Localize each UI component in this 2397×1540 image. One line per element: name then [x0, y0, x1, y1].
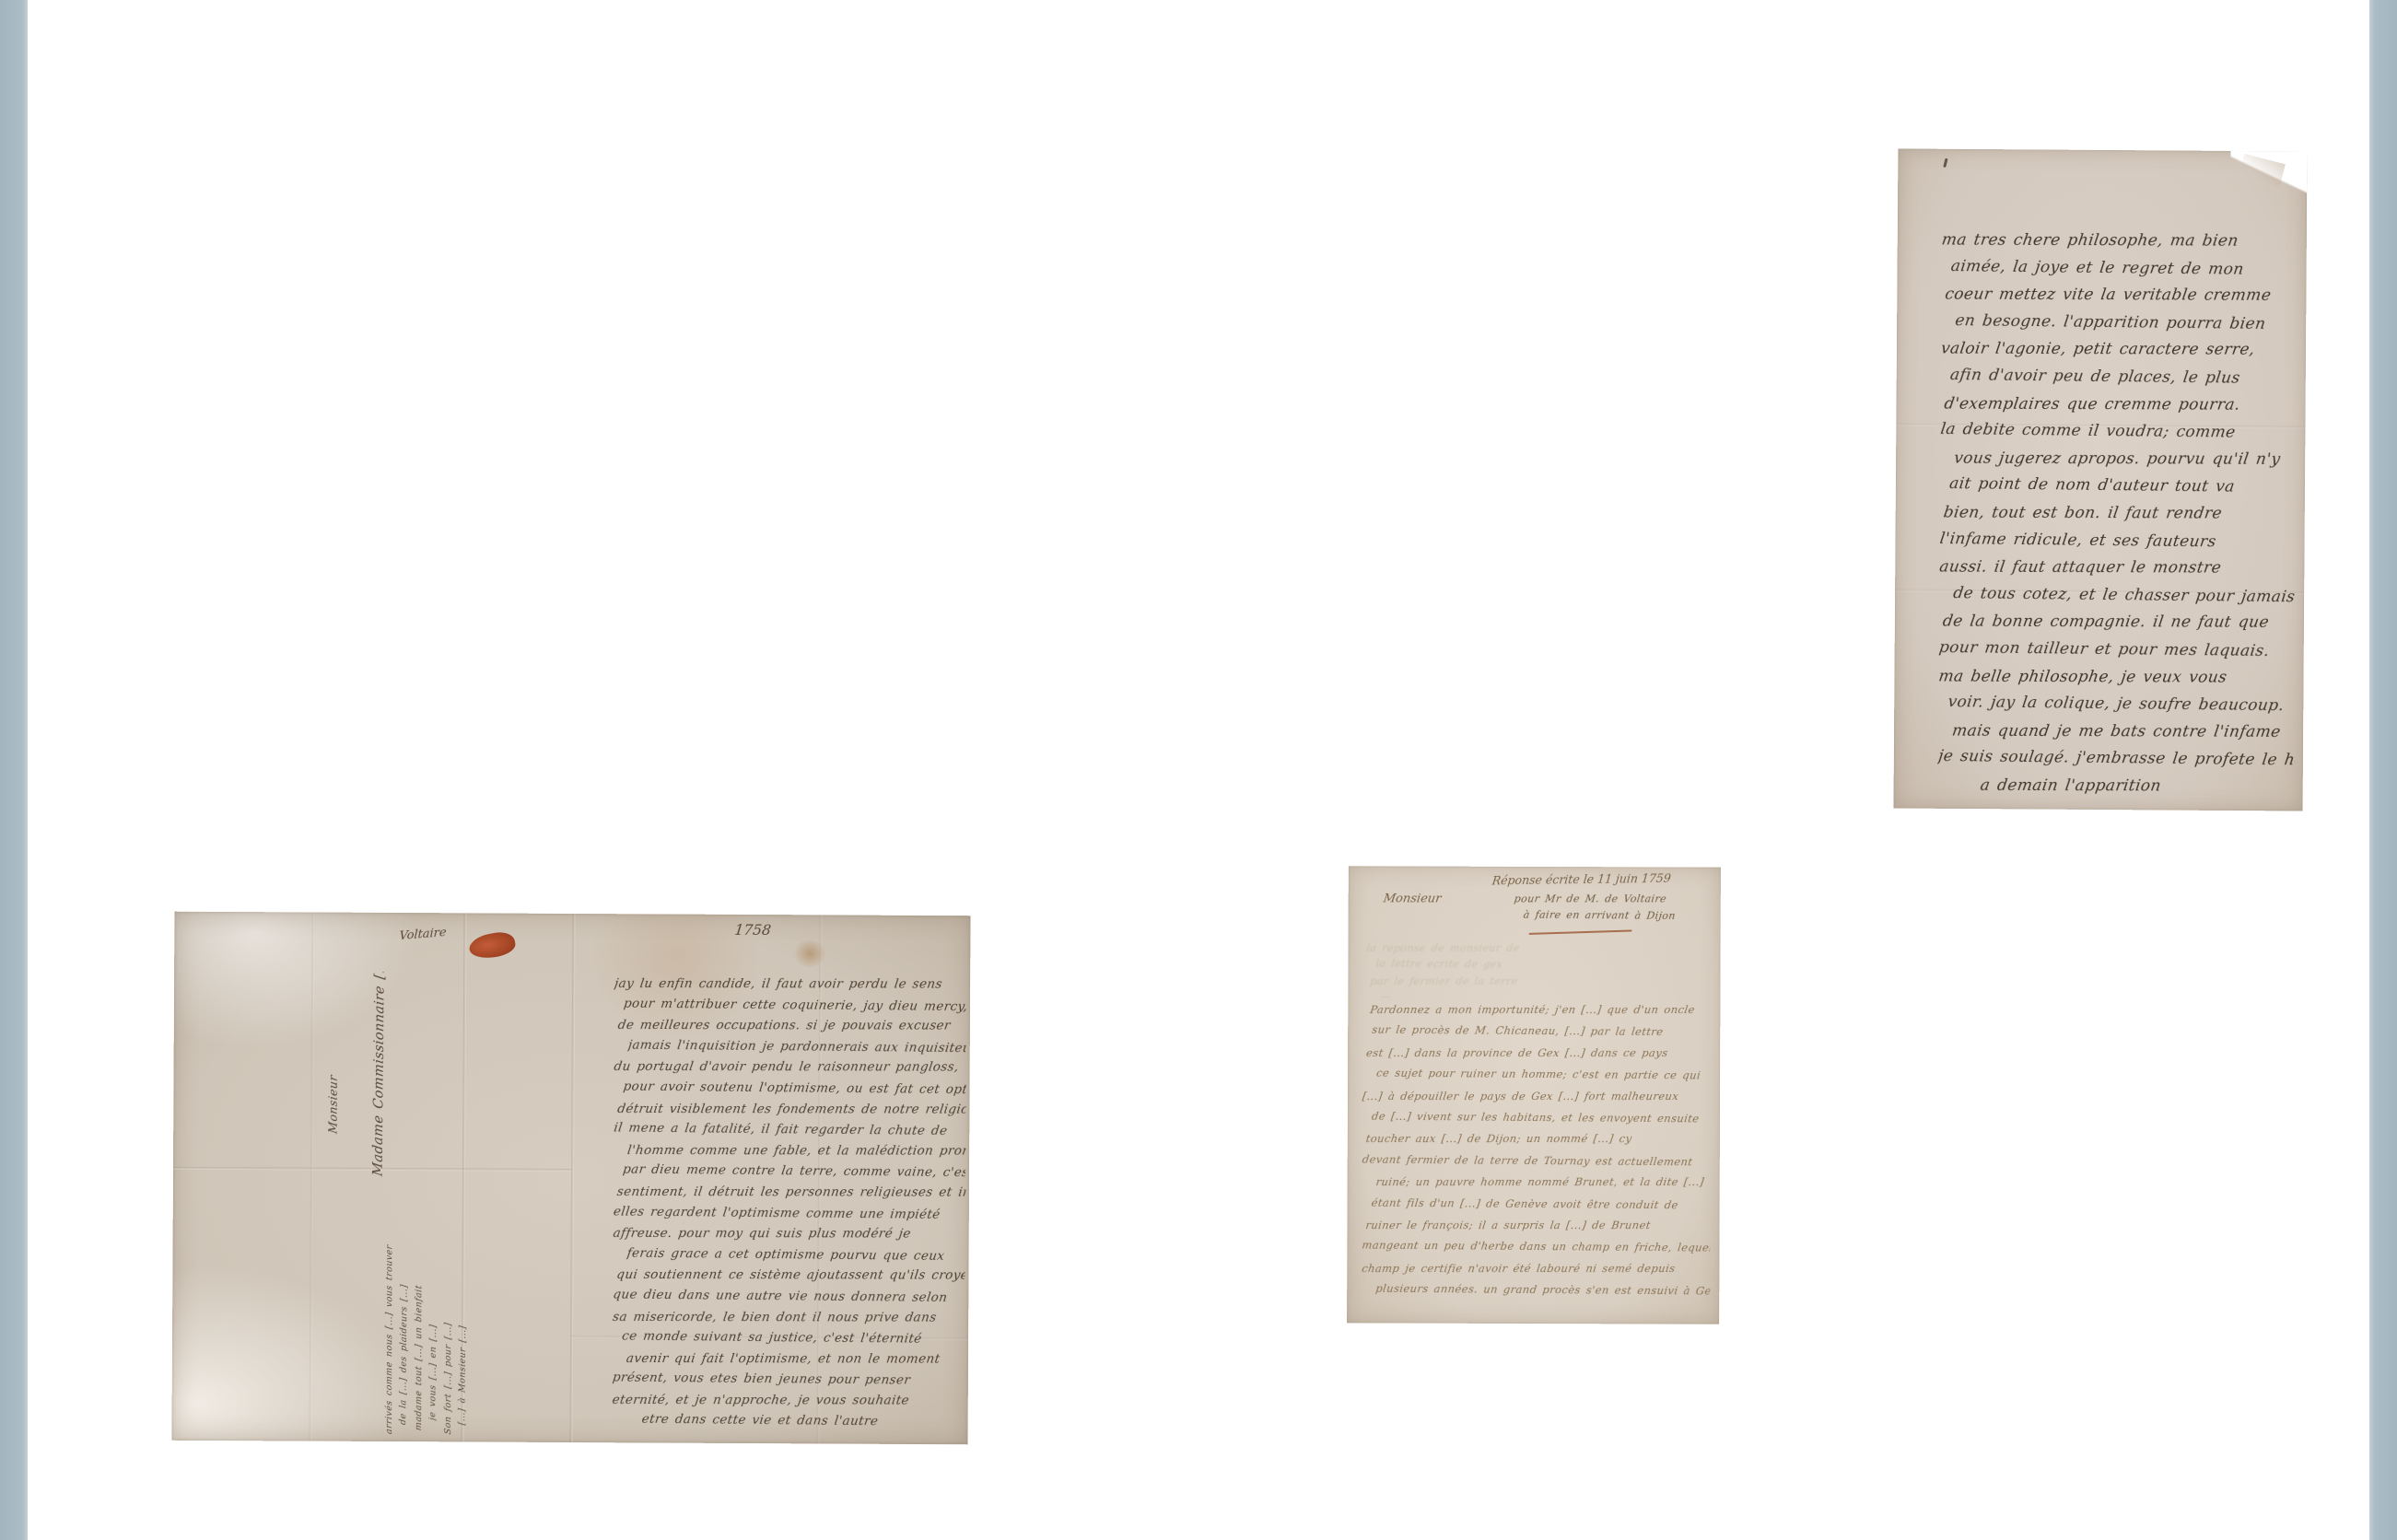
handwriting-line: pour avoir soutenu l'optimisme, ou est f…: [622, 1076, 967, 1100]
handwriting-line: sentiment, il détruit les personnes reli…: [615, 1182, 966, 1203]
handwriting-line: mangeant un peu d'herbe dans un champ en…: [1361, 1235, 1712, 1259]
verso-note-line: madame tout [...] un bienfait: [412, 1201, 427, 1431]
ghost-line: la lettre ecrite de gex: [1374, 956, 1684, 975]
handwriting-line: étant fils d'un [...] de Genève avoit êt…: [1370, 1192, 1712, 1216]
handwriting-line: détruit visiblement les fondements de no…: [616, 1098, 967, 1119]
address-line: Madame Commissionnaire [...]: [356, 969, 403, 1179]
handwriting-line: ait point de nom d'auteur tout va: [1947, 471, 2299, 502]
catalog-page: Voltaire MonsieurMadame Commissionnaire …: [0, 0, 2397, 1540]
handwriting-line: etre dans cette vie et dans l'autre: [640, 1409, 965, 1433]
verso-note-line: de la [...] des plaideurs [...]: [396, 1201, 413, 1426]
ink-stain: [793, 939, 826, 968]
handwriting-line: la debite comme il voudra; comme: [1938, 416, 2299, 448]
handwriting-line: eternité, et je n'approche, je vous souh…: [611, 1390, 965, 1411]
handwriting-line: a demain l'apparition: [1978, 773, 2297, 801]
red-ink-underline: [1529, 929, 1632, 935]
handwriting-line: jay lu enfin candide, il faut avoir perd…: [613, 974, 967, 995]
handwriting-line: l'homme comme une fable, et la malédicti…: [626, 1140, 966, 1161]
handwriting-line: est [...] dans la province de Gex [...] …: [1364, 1043, 1712, 1064]
handwriting-line: sur le procès de M. Chicaneau, [...] par…: [1371, 1020, 1713, 1044]
handwriting-line: ferais grace a cet optimisme pourvu que …: [626, 1242, 966, 1266]
handwriting-line: [...] à dépouiller le pays de Gex [...] …: [1361, 1086, 1712, 1107]
handwriting-line: de meilleures occupations. si je pouvais…: [616, 1015, 967, 1036]
handwriting-line: elles regardent l'optimisme comme une im…: [612, 1201, 966, 1225]
handwriting-line: devant fermier de la terre de Tournay es…: [1361, 1149, 1712, 1172]
handwriting-line: affreuse. pour moy qui suis plus modéré …: [612, 1223, 966, 1244]
manuscript-voltaire-1758-spread: Voltaire MonsieurMadame Commissionnaire …: [172, 912, 971, 1445]
handwriting-line: sa misericorde, le bien dont il nous pri…: [612, 1306, 966, 1327]
handwriting-line: présent, vous etes bien jeunes pour pens…: [611, 1368, 965, 1392]
letter-body-1759: Pardonnez a mon importunité; j'en [...] …: [1362, 998, 1711, 1301]
address-panel-text: MonsieurMadame Commissionnaire [...]: [310, 972, 403, 1186]
handwriting-line: qui soutiennent ce sistème ajoutassent q…: [615, 1265, 966, 1286]
handwriting-line: ce sujet pour ruiner un homme; c'est en …: [1375, 1063, 1713, 1087]
handwriting-line: pour mon tailleur et pour mes laquais.: [1937, 635, 2298, 666]
handwriting-line: vous jugerez apropos. pourvu qu'il n'y: [1952, 445, 2299, 473]
manuscript-reponse-1759: Réponse écrite le 11 juin 1759 Monsieur …: [1347, 866, 1721, 1324]
handwriting-line: ce monde suivant sa justice, c'est l'éte…: [621, 1326, 966, 1350]
handwriting-line: coeur mettez vite la veritable cremme: [1943, 282, 2300, 310]
voltaire-inscription: Voltaire: [399, 926, 447, 943]
handwriting-line: ma belle philosophe, je veux vous: [1936, 663, 2298, 692]
handwriting-line: valoir l'agonie, petit caractere serre,: [1939, 336, 2300, 365]
center-fold-crease: [569, 914, 575, 1442]
wax-seal: [467, 930, 517, 962]
handwriting-line: en besogne. l'apparition pourra bien: [1953, 308, 2300, 339]
docket-note: pour Mr de M. de Voltaireà faire en arri…: [1514, 891, 1708, 924]
year-heading: 1758: [733, 922, 771, 939]
handwriting-line: aussi. il faut attaquer le monstre: [1937, 554, 2298, 583]
docket-line: à faire en arrivant à Dijon: [1523, 906, 1709, 924]
ghost-line: la reponse de monsieur de: [1365, 940, 1685, 957]
right-margin-band: [2369, 0, 2397, 1540]
handwriting-line: de [...] vivent sur les habitans, et les…: [1370, 1106, 1712, 1130]
handwriting-line: mais quand je me bats contre l'infame: [1950, 717, 2298, 746]
manuscript-philosophe-letter: ma tres chere philosophe, ma bienaimée, …: [1894, 148, 2308, 811]
verso-note-line: arrivés comme nous [...] vous trouver: [382, 1201, 397, 1435]
handwriting-line: de tous cotez, et le chasser pour jamais: [1951, 580, 2298, 612]
handwriting-line: il mene a la fatalité, il fait regarder …: [613, 1118, 967, 1142]
handwriting-line: voir. jay la colique, je soufre beaucoup…: [1946, 689, 2298, 720]
salutation: Monsieur: [1383, 892, 1443, 905]
ink-showthrough: la reponse de monsieur dela lettre ecrit…: [1366, 939, 1683, 1007]
handwriting-line: d'exemplaires que cremme pourra.: [1942, 391, 2299, 419]
verso-note-block: arrivés comme nous [...] vous trouverde …: [382, 1202, 472, 1434]
letter-body-philosophe: ma tres chere philosophe, ma bienaimée, …: [1938, 227, 2299, 801]
left-margin-band: [0, 0, 28, 1540]
handwriting-line: du portugal d'avoir pendu le raisonneur …: [613, 1056, 967, 1078]
handwriting-line: plusieurs années. un grand procès s'en e…: [1374, 1278, 1712, 1302]
handwriting-line: aimée, la joye et le regret de mon: [1949, 253, 2301, 285]
ink-mark: [1943, 158, 1947, 168]
handwriting-line: par dieu meme contre la terre, comme vai…: [622, 1160, 967, 1184]
verso-note-line: [...] à Monsieur [...]: [455, 1201, 472, 1426]
handwriting-line: je suis soulagé. j'embrasse le profete l…: [1936, 743, 2298, 775]
handwriting-line: ruiner le françois; il a surpris la [...…: [1364, 1215, 1712, 1236]
handwriting-line: ma tres chere philosophe, ma bien: [1940, 227, 2301, 255]
verso-note-line: Son fort [...] pour [...]: [441, 1201, 456, 1435]
verso-note-line: je vous [...] en [...]: [426, 1201, 442, 1421]
handwriting-line: l'infame ridicule, et ses fauteurs: [1938, 525, 2299, 556]
handwriting-line: toucher aux [...] de Dijon; un nommé [..…: [1364, 1128, 1712, 1149]
handwriting-line: avenir qui fait l'optimisme, et non le m…: [625, 1348, 965, 1370]
handwriting-line: que dieu dans une autre vie nous donnera…: [612, 1284, 966, 1308]
handwriting-line: pour m'attribuer cette coquinerie, jay d…: [623, 993, 968, 1017]
ghost-line: par le fermier de la terre: [1369, 974, 1685, 990]
date-line: Réponse écrite le 11 juin 1759: [1491, 871, 1672, 888]
handwriting-line: jamais l'inquisition je pardonnerais aux…: [626, 1034, 967, 1058]
handwriting-line: champ je certifie n'avoir été labouré ni…: [1361, 1258, 1712, 1279]
handwriting-line: Pardonnez a mon importunité; j'en [...] …: [1369, 999, 1713, 1021]
handwriting-line: de la bonne compagnie. il ne faut que: [1941, 609, 2298, 637]
handwriting-line: afin d'avoir peu de places, le plus: [1948, 362, 2300, 393]
handwriting-line: ruiné; un pauvre homme nommé Brunet, et …: [1374, 1172, 1712, 1193]
docket-line: pour Mr de M. de Voltaire: [1513, 891, 1709, 906]
handwriting-line: bien, tout est bon. il faut rendre: [1942, 499, 2299, 528]
letter-body-1758: jay lu enfin candide, il faut avoir perd…: [613, 973, 967, 1432]
address-line: Monsieur: [310, 968, 357, 1137]
